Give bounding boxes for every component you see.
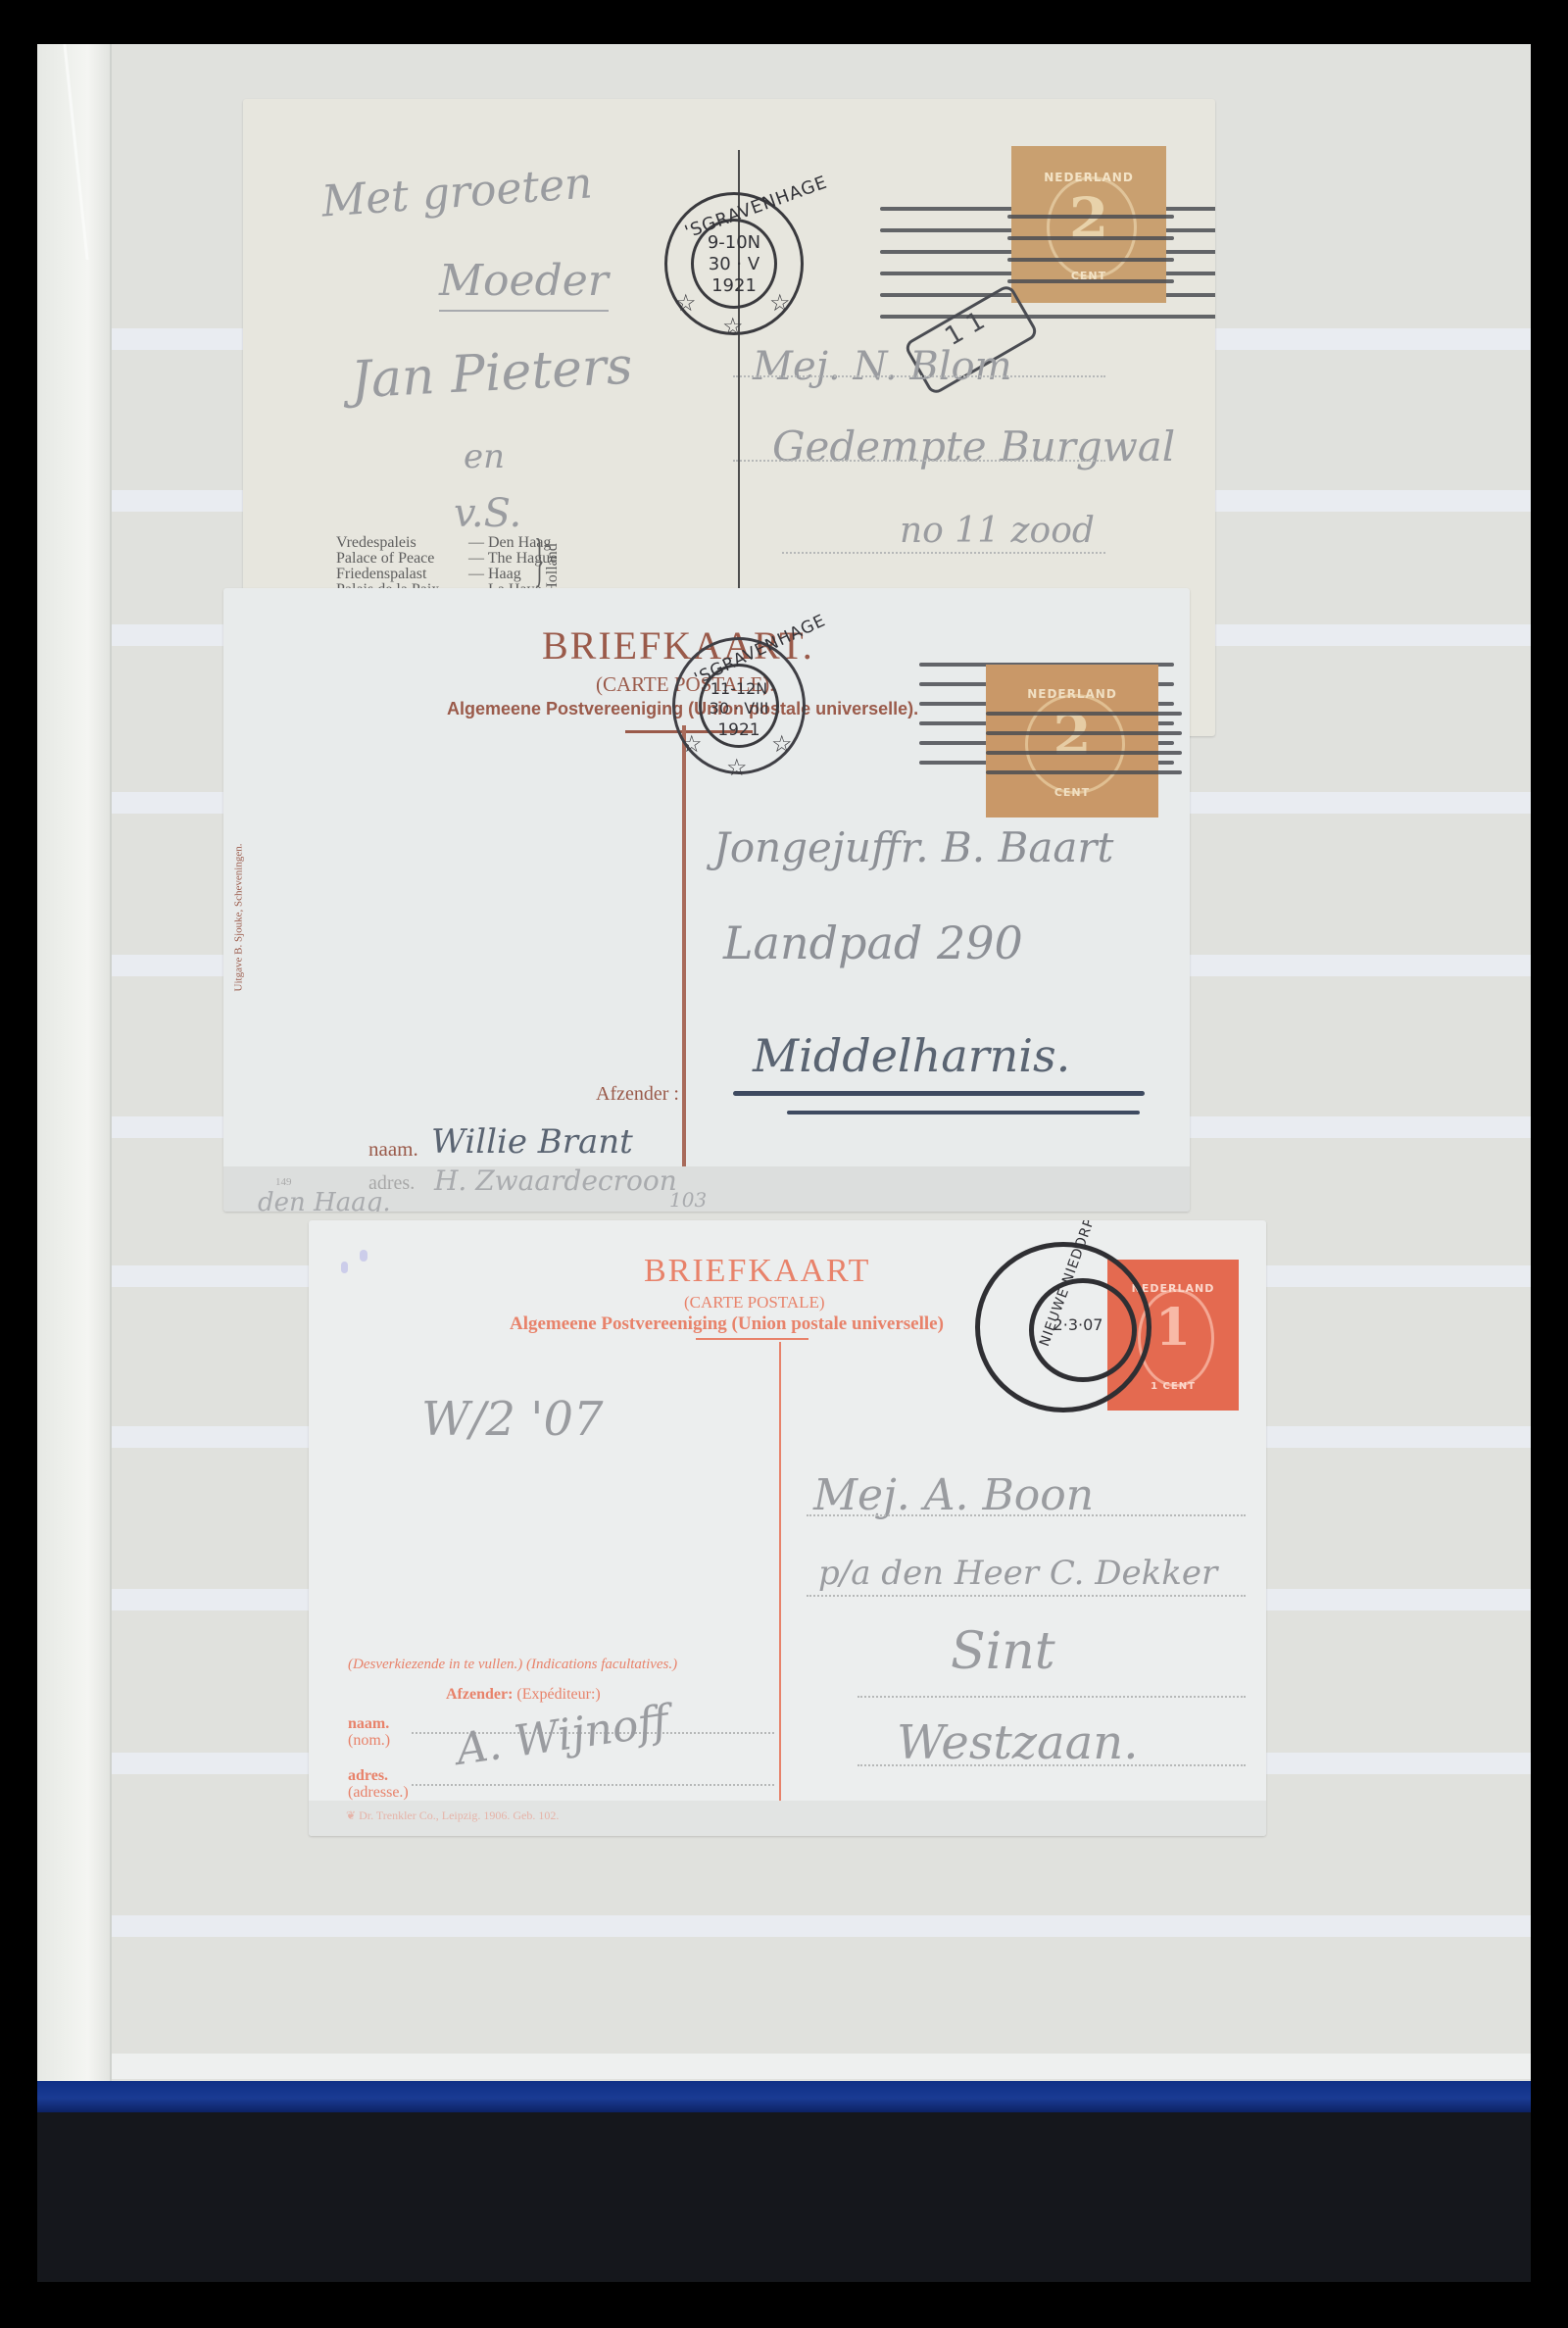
greeting-name: Jan Pieters <box>350 337 634 411</box>
ink-dot <box>341 1262 348 1273</box>
caption-name: Friedenspalast <box>336 567 468 582</box>
greeting-initials: v.S. <box>454 491 521 536</box>
cancel-wave <box>986 712 1182 716</box>
address-rule <box>857 1764 1246 1766</box>
address-rule <box>807 1514 1246 1516</box>
stamp-denomination: CENT <box>989 786 1155 799</box>
cancel-wave <box>1007 258 1174 262</box>
card-subtitle: (CARTE POSTALE) <box>684 1293 825 1313</box>
star-icon: ☆ <box>726 754 748 781</box>
address-label: adres. <box>348 1767 409 1784</box>
stamp-country: NEDERLAND <box>1014 171 1163 184</box>
postcard-2: BRIEFKAART. (CARTE POSTALE). Algemeene P… <box>223 588 1190 1212</box>
postmark-time: 11-12N <box>675 679 803 698</box>
star-icon: ☆ <box>722 313 744 340</box>
publisher: Uitgave B. Sjouke, Scheveningen. <box>232 844 244 992</box>
name-label-fr: (nom.) <box>348 1732 390 1749</box>
album-page: Met groeten Moeder Jan Pieters en v.S. V… <box>37 44 1531 2282</box>
stamp-country: NEDERLAND <box>989 687 1155 701</box>
postmark-nieuwe-niedorp: NIEUWE NIEDORP 2·3·07 <box>975 1242 1151 1412</box>
title-rule <box>696 1338 808 1340</box>
sender-label: Afzender: <box>446 1686 513 1703</box>
address-rule <box>782 552 1105 554</box>
caption-name: Vredespaleis <box>336 535 468 551</box>
greeting-text: Met groeten <box>320 158 594 226</box>
greeting-sender: Moeder <box>439 256 609 312</box>
postmark-date: 2·3·07 <box>1009 1315 1147 1334</box>
binding-shine <box>63 44 88 260</box>
address-rule <box>857 1696 1246 1698</box>
printer-text: Dr. Trenkler Co., Leipzig. 1906. Geb. 10… <box>359 1808 559 1822</box>
address-label-block: adres. (adresse.) <box>348 1767 409 1801</box>
address-line: p/a den Heer C. Dekker <box>818 1554 1217 1593</box>
union-line: Algemeene Postvereeniging (Union postale… <box>510 1313 944 1335</box>
sender-label-fr: (Expéditeur:) <box>516 1686 600 1703</box>
star-icon: ☆ <box>675 289 697 317</box>
address-rule <box>807 1595 1246 1597</box>
strip-edge <box>112 1915 1531 1937</box>
printer-logo-icon: ❦ <box>346 1808 359 1822</box>
cancel-wave <box>880 315 1215 319</box>
name-label: naam. <box>348 1715 390 1732</box>
address-line: no 11 zood <box>900 511 1095 551</box>
address-line: Westzaan. <box>897 1715 1138 1770</box>
address-divider <box>779 1342 781 1803</box>
ink-dot <box>360 1250 367 1262</box>
star-icon: ☆ <box>771 730 793 758</box>
address-divider <box>682 725 686 1186</box>
address-line: Mej. N. Blom <box>753 344 1012 389</box>
cancel-wave <box>986 731 1182 735</box>
address-line: Middelharnis. <box>753 1029 1070 1082</box>
cancel-wave <box>986 751 1182 755</box>
greeting-and: en <box>464 437 505 476</box>
caption-name: Palace of Peace <box>336 551 468 567</box>
card-title: BRIEFKAART <box>644 1253 870 1290</box>
address-line: Mej. A. Boon <box>813 1470 1094 1520</box>
dark-background <box>37 2112 1531 2282</box>
postmark-time: 9-10N <box>667 232 801 253</box>
cancel-wave <box>1007 215 1174 219</box>
address-rule <box>733 375 1105 377</box>
underline <box>787 1111 1140 1114</box>
caption-country: Holland <box>544 543 562 594</box>
album-binding <box>37 44 112 2081</box>
address-line: Jongejuffr. B. Baart <box>713 823 1113 871</box>
name-value: Willie Brant <box>431 1122 633 1162</box>
house-number: 103 <box>669 1188 707 1212</box>
sender-label: Afzender : <box>596 1083 679 1106</box>
optional-line: (Desverkiezende in te vullen.) (Indicati… <box>348 1657 677 1673</box>
name-label-block: naam. (nom.) <box>348 1715 390 1749</box>
star-icon: ☆ <box>769 289 791 317</box>
cancel-wave <box>986 770 1182 774</box>
star-icon: ☆ <box>681 730 703 758</box>
address-rule <box>412 1784 774 1786</box>
stamp-2-cent-brown: NEDERLAND 2 CENT <box>986 665 1158 817</box>
underline <box>733 1091 1145 1096</box>
signature: A. Wijnoff <box>454 1696 672 1775</box>
postcard-3: BRIEFKAART (CARTE POSTALE) Algemeene Pos… <box>309 1220 1266 1836</box>
corner-number: 149 <box>275 1176 292 1188</box>
address-rule <box>733 460 1105 462</box>
postmark-sgravenhage: 'SGRAVENHAGE 11-12N 30 · VIII 1921 ☆ ☆ ☆ <box>672 637 806 774</box>
postmark-date: 30 · V <box>667 254 801 274</box>
album-cover-edge <box>37 2081 1531 2112</box>
sender-row: Afzender: (Expéditeur:) <box>446 1686 601 1704</box>
strip-edge <box>112 2054 1531 2079</box>
address-line: Landpad 290 <box>723 916 1023 969</box>
name-label: naam. <box>368 1137 418 1162</box>
postmark-sgravenhage: 'SGRAVENHAGE 9-10N 30 · V 1921 ☆ ☆ ☆ <box>664 192 804 335</box>
address-label-fr: (adresse.) <box>348 1784 409 1801</box>
caption-city: — Haag <box>468 566 521 582</box>
cancel-wave <box>1007 279 1174 283</box>
address-line: Gedempte Burgwal <box>772 422 1175 471</box>
card-note: W/2 '07 <box>421 1392 604 1447</box>
printer-line: ❦ Dr. Trenkler Co., Leipzig. 1906. Geb. … <box>346 1808 559 1823</box>
address-value: H. Zwaardecroon <box>434 1164 677 1197</box>
cancel-wave <box>1007 236 1174 240</box>
address-value-2: den Haag. <box>258 1188 391 1212</box>
postmark-date: 30 · VIII <box>675 699 803 718</box>
address-line: Sint <box>951 1622 1055 1681</box>
